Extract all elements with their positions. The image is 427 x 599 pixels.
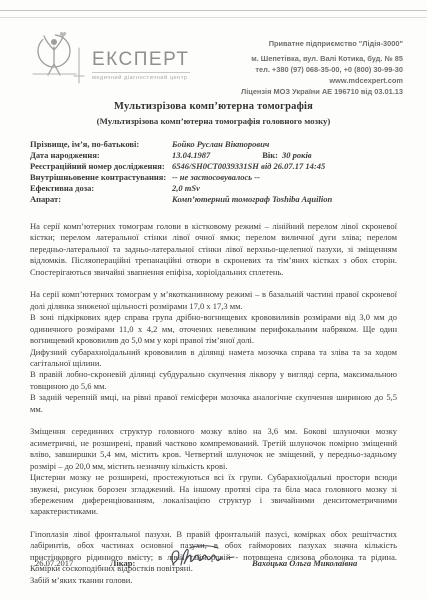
scan-artifact-line	[0, 17, 427, 18]
finding-paragraph: В правій лобно-скроневій ділянці субдура…	[30, 369, 397, 392]
company-phone: тел. +380 (97) 068-35-00, +0 (800) 30-99…	[241, 64, 403, 75]
finding-paragraph: Дифузний субарахноїдальний крововилив в …	[30, 347, 397, 370]
finding-paragraph: Цистерни мозку не розширені, простежують…	[30, 472, 397, 518]
finding-paragraph: На серії комп’ютерних томограм голови в …	[30, 221, 397, 278]
device-label: Апарат:	[30, 194, 172, 205]
report-title: Мультизрізова комп’ютерна томографія	[0, 101, 427, 112]
registration-number-value: 6546/SH0CT0039331SH від 26.07.17 14:45	[172, 161, 325, 172]
finding-paragraph: В задній черепній ямці, на рівні правої …	[30, 392, 397, 415]
finding-paragraph: В зоні підкіркових ядер справа група дрі…	[30, 312, 397, 346]
patient-name-label: Прізвище, ім’я, по-батькові:	[30, 139, 172, 150]
patient-info-block: Прізвище, ім’я, по-батькові: Бойко Русла…	[30, 139, 397, 204]
patient-age-value: 30 років	[282, 150, 312, 161]
clinic-logo-tagline: медичний діагностичний центр	[92, 72, 190, 81]
report-subtitle: (Мультизрізова комп’ютерна томографія го…	[0, 116, 427, 126]
patient-name-value: Бойко Руслан Вікторович	[172, 139, 269, 150]
doctor-label: Лікар:	[110, 558, 162, 568]
contrast-label: Внутрішньовенне контрастування:	[30, 172, 172, 183]
patient-dob-row: Дата народження: 13.04.1987 Вік: 30 рокі…	[30, 150, 397, 161]
dose-row: Ефективна доза: 2,0 mSv	[30, 183, 397, 194]
company-license: Ліцензія МОЗ України АЕ 196710 від 03.01…	[241, 86, 403, 97]
finding-paragraph: Забій м’яких тканин голови.	[30, 575, 397, 586]
clinic-contact-block: Приватне підприємство "Лідія-3000" м. Ше…	[241, 38, 403, 97]
clinic-logo-name: ЕКСПЕРТ	[92, 50, 190, 69]
registration-number-row: Реєстраційний номер дослідження: 6546/SH…	[30, 161, 397, 172]
clinic-logo-text: ЕКСПЕРТ медичний діагностичний центр	[92, 50, 190, 81]
person-heart-circle-logo-icon	[30, 28, 88, 86]
finding-paragraph: На серії комп’ютерних томограм у м’якотк…	[30, 289, 397, 312]
contrast-row: Внутрішньовенне контрастування: -- не за…	[30, 172, 397, 183]
device-row: Апарат: Комп’ютерний томограф Toshiba Aq…	[30, 194, 397, 205]
dose-value: 2,0 mSv	[172, 183, 200, 194]
doctor-signature	[168, 544, 242, 574]
patient-dob-label: Дата народження:	[30, 150, 172, 161]
company-name: Приватне підприємство "Лідія-3000"	[241, 38, 403, 49]
report-findings: На серії комп’ютерних томограм голови в …	[30, 221, 397, 586]
scan-artifact-line	[0, 10, 427, 11]
patient-dob-value: 13.04.1987	[172, 150, 210, 161]
company-address: м. Шепетівка, вул. Валі Котика, буд. № 8…	[241, 53, 403, 64]
finding-paragraph: Зміщення серединних структур головного м…	[30, 426, 397, 472]
clinic-logo: ЕКСПЕРТ медичний діагностичний центр	[30, 28, 190, 86]
report-footer: 26.07.2017 Лікар: Вахоцька Ольга Миколаї…	[35, 552, 397, 574]
report-header: ЕКСПЕРТ медичний діагностичний центр При…	[30, 28, 403, 97]
patient-name-row: Прізвище, ім’я, по-батькові: Бойко Русла…	[30, 139, 397, 150]
patient-age-label: Вік:	[262, 150, 278, 161]
contrast-value: -- не застосовувалось --	[172, 172, 260, 183]
scanned-report-page: ЕКСПЕРТ медичний діагностичний центр При…	[0, 0, 427, 599]
doctor-name: Вахоцька Ольга Миколаївна	[252, 558, 357, 568]
registration-number-label: Реєстраційний номер дослідження:	[30, 161, 172, 172]
device-value: Комп’ютерний томограф Toshiba Aquilion	[172, 194, 332, 205]
dose-label: Ефективна доза:	[30, 183, 172, 194]
report-date: 26.07.2017	[35, 558, 110, 568]
company-website: www.mdcexpert.com	[241, 75, 403, 86]
